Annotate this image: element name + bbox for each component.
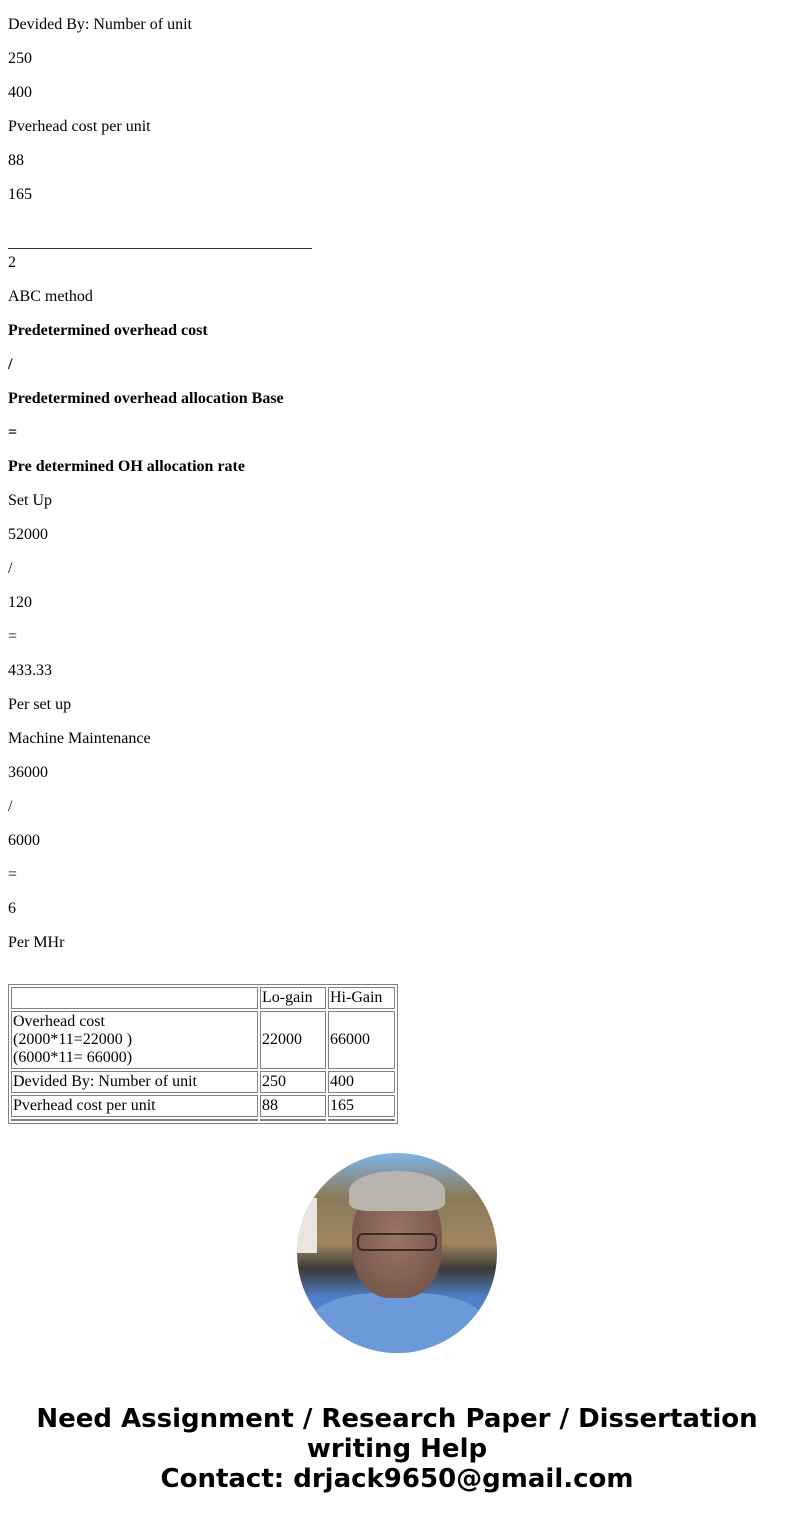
top-value: 66000 bbox=[8, 0, 786, 16]
setup-divide: / bbox=[8, 560, 786, 594]
setup-unit: Per set up bbox=[8, 696, 786, 730]
row-label-line: Overhead cost bbox=[13, 1013, 256, 1031]
document-body: 66000 Devided By: Number of unit 250 400… bbox=[8, 0, 786, 968]
table-empty-row bbox=[11, 1119, 395, 1121]
setup-cost: 52000 bbox=[8, 526, 786, 560]
promo-line-2: writing Help bbox=[0, 1434, 794, 1464]
horizontal-divider bbox=[8, 248, 312, 249]
row-lo-value: 22000 bbox=[260, 1011, 326, 1069]
row-label: Overhead cost (2000*11=22000 ) (6000*11=… bbox=[11, 1011, 258, 1069]
machine-equals: = bbox=[8, 866, 786, 900]
row-lo-value: 88 bbox=[260, 1095, 326, 1117]
divided-hi: 400 bbox=[8, 84, 786, 118]
machine-cost: 36000 bbox=[8, 764, 786, 798]
row-hi-value: 165 bbox=[328, 1095, 395, 1117]
machine-base: 6000 bbox=[8, 832, 786, 866]
author-avatar bbox=[297, 1153, 497, 1353]
row-label: Pverhead cost per unit bbox=[11, 1095, 258, 1117]
machine-rate: 6 bbox=[8, 900, 786, 934]
per-unit-label: Pverhead cost per unit bbox=[8, 118, 786, 152]
divided-lo: 250 bbox=[8, 50, 786, 84]
row-label-line: (2000*11=22000 ) bbox=[13, 1031, 256, 1049]
setup-equals: = bbox=[8, 628, 786, 662]
glasses-icon bbox=[357, 1233, 437, 1251]
divided-label: Devided By: Number of unit bbox=[8, 16, 786, 50]
table-row: Pverhead cost per unit 88 165 bbox=[11, 1095, 395, 1117]
row-lo-value: 250 bbox=[260, 1071, 326, 1093]
overhead-table: Lo-gain Hi-Gain Overhead cost (2000*11=2… bbox=[8, 984, 398, 1124]
promo-contact: Contact: drjack9650@gmail.com bbox=[0, 1464, 794, 1494]
setup-rate: 433.33 bbox=[8, 662, 786, 696]
promo-line-1: Need Assignment / Research Paper / Disse… bbox=[0, 1404, 794, 1434]
machine-label: Machine Maintenance bbox=[8, 730, 786, 764]
promo-banner: Need Assignment / Research Paper / Disse… bbox=[0, 1404, 794, 1494]
section-title: ABC method bbox=[8, 288, 786, 322]
formula-denominator: Predetermined overhead allocation Base bbox=[8, 390, 786, 424]
row-label: Devided By: Number of unit bbox=[11, 1071, 258, 1093]
formula-equals: = bbox=[8, 424, 786, 458]
row-hi-value: 400 bbox=[328, 1071, 395, 1093]
formula-numerator: Predetermined overhead cost bbox=[8, 322, 786, 356]
formula-result: Pre determined OH allocation rate bbox=[8, 458, 786, 492]
row-hi-value: 66000 bbox=[328, 1011, 395, 1069]
empty-cell bbox=[11, 1119, 258, 1121]
header-cell-lo-gain: Lo-gain bbox=[260, 987, 326, 1009]
table-header-row: Lo-gain Hi-Gain bbox=[11, 987, 395, 1009]
empty-cell bbox=[328, 1119, 395, 1121]
table-row: Devided By: Number of unit 250 400 bbox=[11, 1071, 395, 1093]
setup-label: Set Up bbox=[8, 492, 786, 526]
per-unit-lo: 88 bbox=[8, 152, 786, 186]
formula-divide: / bbox=[8, 356, 786, 390]
setup-base: 120 bbox=[8, 594, 786, 628]
header-cell-empty bbox=[11, 987, 258, 1009]
machine-unit: Per MHr bbox=[8, 934, 786, 968]
row-label-line: (6000*11= 66000) bbox=[13, 1049, 256, 1067]
table-row: Overhead cost (2000*11=22000 ) (6000*11=… bbox=[11, 1011, 395, 1069]
section-number: 2 bbox=[8, 254, 786, 288]
empty-cell bbox=[260, 1119, 326, 1121]
per-unit-hi: 165 bbox=[8, 186, 786, 220]
machine-divide: / bbox=[8, 798, 786, 832]
header-cell-hi-gain: Hi-Gain bbox=[328, 987, 395, 1009]
